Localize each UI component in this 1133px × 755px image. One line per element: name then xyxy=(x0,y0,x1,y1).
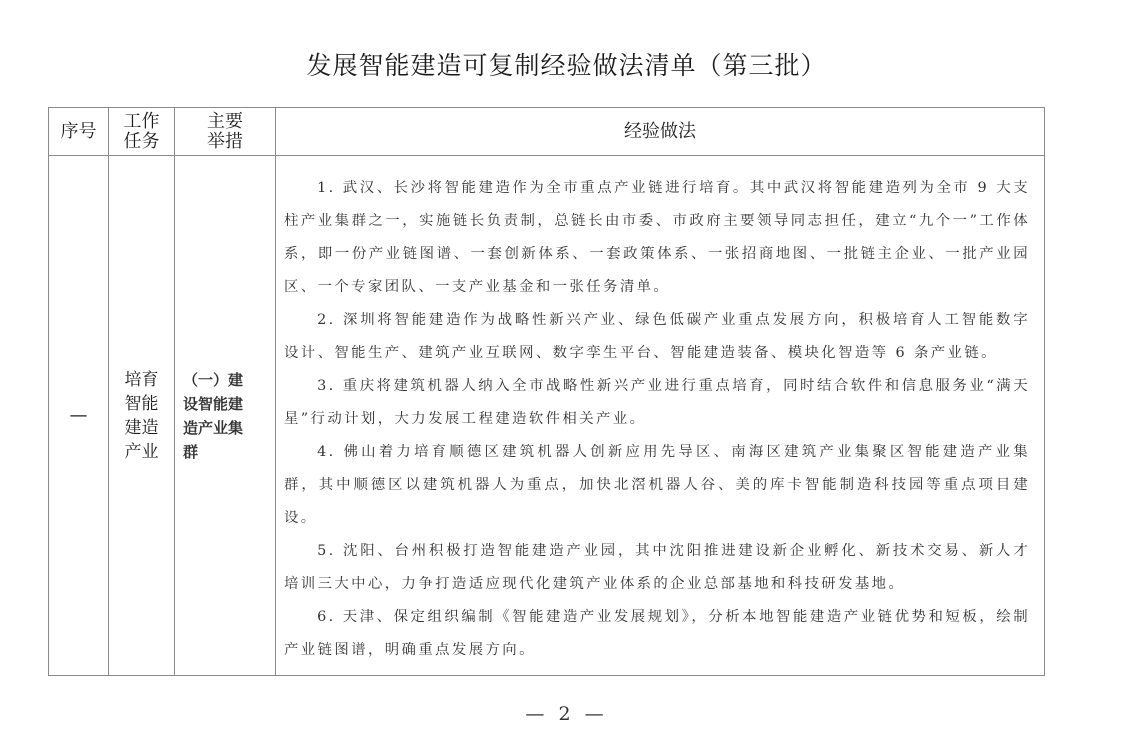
cell-experience: 1. 武汉、长沙将智能建造作为全市重点产业链进行培育。其中武汉将智能建造列为全市… xyxy=(276,156,1045,676)
header-main-measure: 主要 举措 xyxy=(175,108,276,156)
header-work-task: 工作 任务 xyxy=(109,108,175,156)
header-main-measure-line2: 举措 xyxy=(175,132,275,152)
page-number: — 2 — xyxy=(0,703,1133,725)
cell-serial-no: — xyxy=(49,156,109,676)
table-row: — 培育 智能 建造 产业 （一）建 设智能建 造产业集 群 1. 武汉、长沙将… xyxy=(49,156,1045,676)
header-experience: 经验做法 xyxy=(276,108,1045,156)
cell-work-task-line: 产业 xyxy=(109,440,174,464)
table-header-row: 序号 工作 任务 主要 举措 经验做法 xyxy=(49,108,1045,156)
cell-work-task: 培育 智能 建造 产业 xyxy=(109,156,175,676)
header-serial-no: 序号 xyxy=(49,108,109,156)
cell-main-measure-line: （一）建 xyxy=(183,368,269,392)
experience-item-4: 4. 佛山着力培育顺德区建筑机器人创新应用先导区、南海区建筑产业集聚区智能建造产… xyxy=(284,436,1030,535)
header-main-measure-line1: 主要 xyxy=(175,112,275,132)
cell-work-task-line: 建造 xyxy=(109,416,174,440)
experience-item-5: 5. 沈阳、台州积极打造智能建造产业园，其中沈阳推进建设新企业孵化、新技术交易、… xyxy=(284,535,1030,601)
header-work-task-line1: 工作 xyxy=(109,112,174,132)
experience-item-6: 6. 天津、保定组织编制《智能建造产业发展规划》，分析本地智能建造产业链优势和短… xyxy=(284,601,1030,667)
header-work-task-line2: 任务 xyxy=(109,132,174,152)
experience-item-2: 2. 深圳将智能建造作为战略性新兴产业、绿色低碳产业重点发展方向，积极培育人工智… xyxy=(284,304,1030,370)
cell-work-task-line: 培育 xyxy=(109,368,174,392)
cell-main-measure-line: 设智能建 xyxy=(183,392,269,416)
cell-main-measure-line: 造产业集 xyxy=(183,416,269,440)
experience-item-3: 3. 重庆将建筑机器人纳入全市战略性新兴产业进行重点培育，同时结合软件和信息服务… xyxy=(284,370,1030,436)
experience-item-1: 1. 武汉、长沙将智能建造作为全市重点产业链进行培育。其中武汉将智能建造列为全市… xyxy=(284,172,1030,304)
document-title: 发展智能建造可复制经验做法清单（第三批） xyxy=(0,46,1133,82)
cell-work-task-line: 智能 xyxy=(109,392,174,416)
experience-table: 序号 工作 任务 主要 举措 经验做法 — 培育 智能 建造 产业 （一）建 设… xyxy=(48,107,1045,676)
cell-main-measure: （一）建 设智能建 造产业集 群 xyxy=(175,156,276,676)
cell-main-measure-line: 群 xyxy=(183,440,269,464)
